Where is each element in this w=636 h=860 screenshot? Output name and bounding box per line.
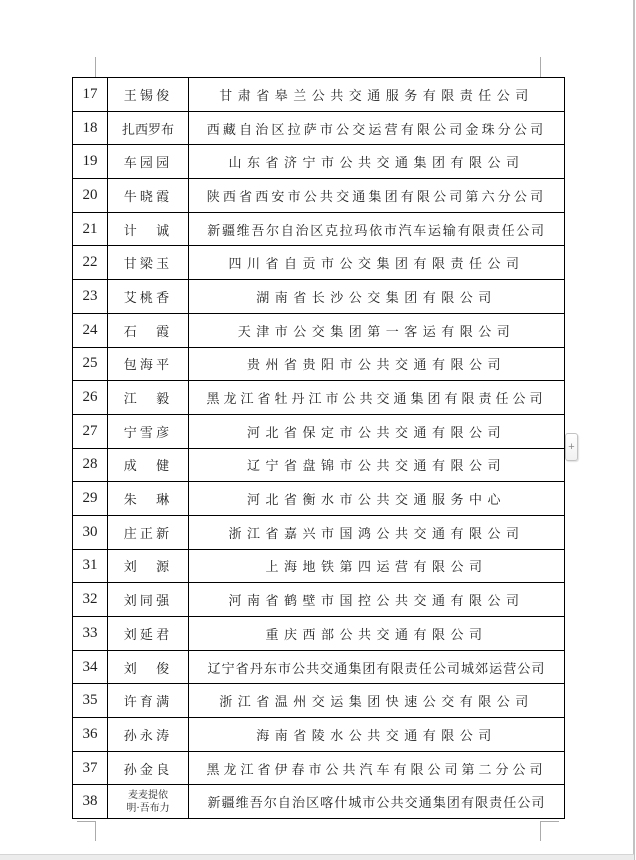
cell-no: 23 [73,280,108,314]
cell-name: 包海平 [108,347,189,381]
cell-no: 29 [73,482,108,516]
cell-company: 天津市公交集团第一客运有限公司 [189,313,565,347]
cell-no: 19 [73,145,108,179]
cell-name: 成 健 [108,448,189,482]
cell-no: 38 [73,785,108,819]
cell-name: 计 诚 [108,212,189,246]
cell-no: 22 [73,246,108,280]
table-row: 35许育满浙江省温州交运集团快速公交有限公司 [73,684,565,718]
cell-no: 31 [73,549,108,583]
margin-mark-top-left [95,57,96,77]
margin-mark-bottom-right [540,821,559,841]
cell-no: 37 [73,751,108,785]
table-row: 34刘 俊辽宁省丹东市公共交通集团有限责任公司城郊运营公司 [73,650,565,684]
table-row: 38麦麦提依 明·吾布力新疆维吾尔自治区喀什城市公共交通集团有限责任公司 [73,785,565,819]
margin-mark-top-right [540,57,541,77]
cell-name: 庄正新 [108,515,189,549]
table-row: 36孙永涛海南省陵水公共交通有限公司 [73,718,565,752]
table-row: 31刘 源上海地铁第四运营有限公司 [73,549,565,583]
cell-company: 河北省衡水市公共交通服务中心 [189,482,565,516]
table-row: 19车园园山东省济宁市公共交通集团有限公司 [73,145,565,179]
cell-name: 刘 俊 [108,650,189,684]
cell-name: 王锡俊 [108,78,189,112]
cell-company: 新疆维吾尔自治区克拉玛依市汽车运输有限责任公司 [189,212,565,246]
cell-no: 25 [73,347,108,381]
table-row: 37孙金良黑龙江省伊春市公共汽车有限公司第二分公司 [73,751,565,785]
cell-company: 陕西省西安市公共交通集团有限公司第六分公司 [189,179,565,213]
cell-company: 辽宁省丹东市公共交通集团有限责任公司城郊运营公司 [189,650,565,684]
cell-no: 34 [73,650,108,684]
cell-no: 30 [73,515,108,549]
plus-button[interactable]: + [565,433,578,461]
cell-name: 朱 琳 [108,482,189,516]
roster-table-body: 17王锡俊甘肃省皋兰公共交通服务有限责任公司18扎西罗布西藏自治区拉萨市公交运营… [73,78,565,819]
cell-company: 海南省陵水公共交通有限公司 [189,718,565,752]
cell-no: 32 [73,583,108,617]
table-row: 27宁雪彦河北省保定市公共交通有限公司 [73,414,565,448]
table-row: 25包海平贵州省贵阳市公共交通有限公司 [73,347,565,381]
table-row: 29朱 琳河北省衡水市公共交通服务中心 [73,482,565,516]
cell-name: 刘同强 [108,583,189,617]
table-row: 33刘延君重庆西部公共交通有限公司 [73,617,565,651]
table-row: 30庄正新浙江省嘉兴市国鸿公共交通有限公司 [73,515,565,549]
cell-name: 许育满 [108,684,189,718]
cell-no: 20 [73,179,108,213]
cell-no: 17 [73,78,108,112]
table-row: 20牛晓霞陕西省西安市公共交通集团有限公司第六分公司 [73,179,565,213]
cell-no: 36 [73,718,108,752]
table-row: 26江 毅黑龙江省牡丹江市公共交通集团有限责任公司 [73,381,565,415]
cell-name: 江 毅 [108,381,189,415]
cell-company: 甘肃省皋兰公共交通服务有限责任公司 [189,78,565,112]
roster-table: 17王锡俊甘肃省皋兰公共交通服务有限责任公司18扎西罗布西藏自治区拉萨市公交运营… [72,77,565,819]
cell-no: 18 [73,111,108,145]
cell-company: 河南省鹤壁市国控公共交通有限公司 [189,583,565,617]
cell-name: 艾桃香 [108,280,189,314]
cell-company: 上海地铁第四运营有限公司 [189,549,565,583]
cell-company: 浙江省嘉兴市国鸿公共交通有限公司 [189,515,565,549]
table-row: 17王锡俊甘肃省皋兰公共交通服务有限责任公司 [73,78,565,112]
cell-name: 甘梁玉 [108,246,189,280]
cell-no: 35 [73,684,108,718]
margin-mark-bottom-left [77,821,96,841]
cell-company: 黑龙江省伊春市公共汽车有限公司第二分公司 [189,751,565,785]
cell-company: 浙江省温州交运集团快速公交有限公司 [189,684,565,718]
cell-company: 黑龙江省牡丹江市公共交通集团有限责任公司 [189,381,565,415]
cell-name: 孙永涛 [108,718,189,752]
cell-name: 孙金良 [108,751,189,785]
cell-name: 刘 源 [108,549,189,583]
cell-company: 河北省保定市公共交通有限公司 [189,414,565,448]
cell-company: 山东省济宁市公共交通集团有限公司 [189,145,565,179]
page-right-edge-line [633,0,635,860]
document-page: 17王锡俊甘肃省皋兰公共交通服务有限责任公司18扎西罗布西藏自治区拉萨市公交运营… [0,0,636,860]
cell-company: 四川省自贡市公交集团有限责任公司 [189,246,565,280]
cell-name: 宁雪彦 [108,414,189,448]
cell-company: 新疆维吾尔自治区喀什城市公共交通集团有限责任公司 [189,785,565,819]
cell-no: 21 [73,212,108,246]
cell-company: 重庆西部公共交通有限公司 [189,617,565,651]
cell-name: 车园园 [108,145,189,179]
cell-no: 33 [73,617,108,651]
table-row: 32刘同强河南省鹤壁市国控公共交通有限公司 [73,583,565,617]
cell-company: 贵州省贵阳市公共交通有限公司 [189,347,565,381]
cell-no: 27 [73,414,108,448]
cell-company: 湖南省长沙公交集团有限公司 [189,280,565,314]
cell-company: 辽宁省盘锦市公共交通有限公司 [189,448,565,482]
cell-name: 扎西罗布 [108,111,189,145]
cell-name: 刘延君 [108,617,189,651]
page-bottom-edge [0,854,634,860]
cell-name: 牛晓霞 [108,179,189,213]
cell-no: 26 [73,381,108,415]
cell-name: 石 霞 [108,313,189,347]
cell-no: 24 [73,313,108,347]
cell-name: 麦麦提依 明·吾布力 [108,785,189,819]
table-row: 18扎西罗布西藏自治区拉萨市公交运营有限公司金珠分公司 [73,111,565,145]
table-row: 24石 霞天津市公交集团第一客运有限公司 [73,313,565,347]
table-row: 22甘梁玉四川省自贡市公交集团有限责任公司 [73,246,565,280]
table-row: 23艾桃香湖南省长沙公交集团有限公司 [73,280,565,314]
table-row: 21计 诚新疆维吾尔自治区克拉玛依市汽车运输有限责任公司 [73,212,565,246]
cell-company: 西藏自治区拉萨市公交运营有限公司金珠分公司 [189,111,565,145]
table-row: 28成 健辽宁省盘锦市公共交通有限公司 [73,448,565,482]
cell-no: 28 [73,448,108,482]
